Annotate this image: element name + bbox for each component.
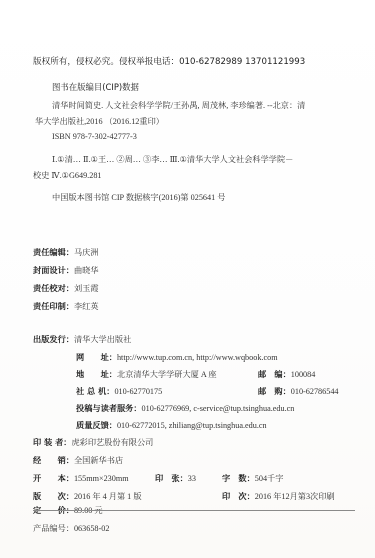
publisher-label: 出版发行： (33, 334, 74, 344)
impression-label: 印 次： (222, 491, 255, 501)
mailorder-value: 010-62786544 (291, 387, 339, 396)
cip-line-2: 华大学出版社,2016 （2016.12重印） (35, 116, 164, 127)
staff-label: 责任编辑： (33, 247, 74, 257)
word-count-row: 字 数：504千字 (222, 466, 283, 485)
postcode-label: 邮 编： (258, 369, 291, 379)
words-value: 504千字 (255, 474, 284, 483)
distributor-label: 经 销： (33, 455, 74, 465)
format-value: 155mm×230mm (74, 474, 129, 483)
cip-classification-2: 校史 Ⅳ.①G649.281 (33, 170, 102, 181)
product-code-row: 产品编号：063658-02 (33, 516, 109, 535)
quality-value: 010-62772015, zhiliang@tup.tsinghua.edu.… (117, 421, 267, 430)
website-value[interactable]: http://www.tup.com.cn, http://www.wqbook… (117, 353, 278, 362)
distributor-row: 经 销：全国新华书店 (33, 448, 123, 467)
impression-row: 印 次：2016 年12月第3次印刷 (222, 484, 335, 503)
printer-value: 虎彩印艺股份有限公司 (71, 438, 153, 447)
service-value: 010-62776969, c-service@tup.tsinghua.edu… (142, 404, 295, 413)
printer-label: 印 装 者： (33, 437, 71, 447)
staff-value: 马庆洲 (74, 248, 99, 257)
mailorder-label: 邮 购： (258, 386, 291, 396)
words-label: 字 数： (222, 473, 255, 483)
staff-proofreader: 责任校对：刘玉霞 (33, 276, 99, 295)
staff-label: 责任校对： (33, 283, 74, 293)
product-code-value: 063658-02 (74, 524, 109, 533)
divider-line (33, 510, 355, 511)
printer-row: 印 装 者：虎彩印艺股份有限公司 (33, 430, 153, 449)
quality-label: 质量反馈： (76, 420, 117, 430)
sheets-label: 印 张： (155, 473, 188, 483)
publisher-name: 清华大学出版社 (74, 335, 131, 344)
address-label: 地 址： (76, 369, 117, 379)
format-label: 开 本： (33, 473, 74, 483)
price-row: 定 价：89.00 元 (33, 498, 103, 517)
switchboard-label: 社 总 机： (76, 386, 114, 396)
staff-value: 李红英 (74, 302, 99, 311)
staff-label: 封面设计： (33, 265, 74, 275)
website-label: 网 址： (76, 352, 117, 362)
staff-value: 刘玉霞 (74, 284, 99, 293)
distributor-value: 全国新华书店 (74, 456, 123, 465)
cip-isbn: ISBN 978-7-302-42777-3 (52, 132, 137, 141)
publisher-row: 出版发行：清华大学出版社 (33, 327, 131, 346)
address-value: 北京清华大学学研大厦 A 座 (117, 370, 217, 379)
staff-cover-design: 封面设计：曲晓华 (33, 258, 99, 277)
sheets-value: 33 (188, 474, 196, 483)
staff-label: 责任印制： (33, 301, 74, 311)
copyright-notice: 版权所有，侵权必究。侵权举报电话：010-62782989 1370112199… (33, 55, 305, 67)
cip-classification-1: Ⅰ.①清… Ⅱ.①王… ②周… ③李… Ⅲ.①清华大学人文社会科学学院－ (52, 154, 293, 165)
staff-value: 曲晓华 (74, 266, 99, 275)
cip-record-number: 中国版本图书馆 CIP 数据核字(2016)第 025641 号 (52, 192, 225, 203)
switchboard-value: 010-62770175 (114, 387, 162, 396)
product-code-label: 产品编号： (33, 524, 74, 533)
sheets-row: 印 张：33 (155, 466, 196, 485)
postcode-value: 100084 (291, 370, 316, 379)
service-label: 投稿与读者服务： (76, 403, 142, 413)
staff-printing-manager: 责任印制：李红英 (33, 294, 99, 313)
copyright-page: 版权所有，侵权必究。侵权举报电话：010-62782989 1370112199… (0, 0, 375, 558)
cip-line-1: 清华时间简史. 人文社会科学学院/王孙禺, 周茂林, 李珍编著. --北京：清 (52, 100, 305, 111)
format-row: 开 本：155mm×230mm (33, 466, 129, 485)
staff-editor: 责任编辑：马庆洲 (33, 240, 99, 259)
cip-title: 图书在版编目(CIP)数据 (52, 81, 139, 93)
impression-value: 2016 年12月第3次印刷 (255, 492, 335, 501)
